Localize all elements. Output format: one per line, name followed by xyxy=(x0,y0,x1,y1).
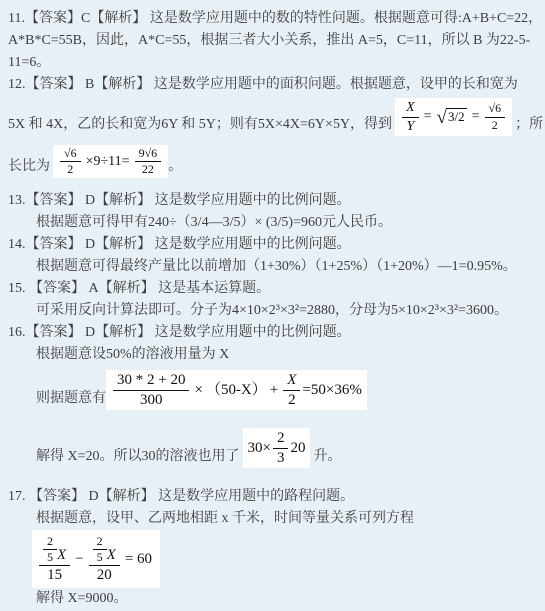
q12-line-3-tail: 。 xyxy=(168,156,182,178)
fraction-2-over-5: 2 5 xyxy=(93,535,107,564)
q14-line-2: 根据题意可得最终产量比以前增加（1+30%）（1+25%）（1+20%）—1=0… xyxy=(36,256,545,278)
q13-line-1: 13.【答案】 D【解析】 这是数学应用题中的比例问题。 xyxy=(8,190,545,212)
fraction-2-5x-over-15: 2 5 X 15 xyxy=(39,535,70,584)
document: 11.【答案】C【解析】 这是数学应用题中的数的特性问题。根据题意可得:A+B+… xyxy=(0,0,545,610)
formula-perimeter-ratio: √6 2 ×9÷11= 9√6 22 xyxy=(53,145,168,178)
fraction-2-over-3: 2 3 xyxy=(273,430,289,466)
q14-line-1: 14.【答案】 D【解析】 这是数学应用题中的比例问题。 xyxy=(8,234,545,256)
q11-line-2: A*B*C=55B，因此，A*C=55，根据三者大小关系，推出 A=5，C=11… xyxy=(8,30,545,52)
q16-line-1: 16.【答案】 D【解析】 这是数学应用题中的比例问题。 xyxy=(8,322,545,344)
q15-line-1: 15. 【答案】 A【解析】 这是基本运算题。 xyxy=(8,278,545,300)
q12-line-2: 5X 和 4X，乙的长和宽为6Y 和 5Y；则有5X×4X=6Y×5Y，得到 X… xyxy=(8,96,545,136)
formula-solution-mix: 30 * 2 + 20 300 × （50-X） + X 2 =50×36% xyxy=(106,370,367,410)
q16-equation-row: 则据题意有 30 * 2 + 20 300 × （50-X） + X 2 =50… xyxy=(36,366,545,410)
q16-line-4-text: 解得 X=20。所以30的溶液也用了 xyxy=(36,446,240,468)
q16-line-4-tail: 升。 xyxy=(313,446,341,468)
fraction-sqrt6-over-2: √6 2 xyxy=(60,147,81,176)
formula-xy-ratio: X Y = √ 3/2 = √6 2 xyxy=(395,98,512,136)
fraction-30x2plus20-over-300: 30 * 2 + 20 300 xyxy=(113,372,189,408)
q12-line-1: 12.【答案】 B【解析】 这是数学应用题中的面积问题。根据题意，设甲的长和宽为 xyxy=(8,74,545,96)
q15-line-2: 可采用反向计算法即可。分子为4×10×2³×3²=2880，分母为5×10×2³… xyxy=(36,300,545,322)
formula-30-times-2-3: 30× 2 3 20 xyxy=(243,428,311,468)
fraction-2-5x-over-20: 2 5 X 20 xyxy=(89,535,120,584)
fraction-2-over-5: 2 5 xyxy=(43,535,57,564)
fraction-x-over-y: X Y xyxy=(402,100,419,134)
q17-line-4: 解得 X=9000。 xyxy=(36,588,545,610)
q12-line-2-text: 5X 和 4X，乙的长和宽为6Y 和 5Y；则有5X×4X=6Y×5Y，得到 xyxy=(8,114,392,136)
formula-distance-equation: 2 5 X 15 − 2 5 X 20 = 60 xyxy=(32,530,160,588)
q12-line-3-text: 长比为 xyxy=(8,156,50,178)
q17-line-1: 17. 【答案】 D【解析】 这是数学应用题中的路程问题。 xyxy=(8,486,545,508)
fraction-x-over-2: X 2 xyxy=(283,372,300,408)
fraction-9sqrt6-over-22: 9√6 22 xyxy=(135,147,162,176)
square-root: √ 3/2 xyxy=(437,108,467,127)
q16-line-3-text: 则据题意有 xyxy=(36,388,106,410)
q16-line-2: 根据题意设50%的溶液用量为 X xyxy=(36,344,545,366)
q11-line-1: 11.【答案】C【解析】 这是数学应用题中的数的特性问题。根据题意可得:A+B+… xyxy=(8,8,545,30)
q11-line-3: 11=6。 xyxy=(8,52,545,74)
q13-line-2: 根据题意可得甲有240÷（3/4—3/5）× (3/5)=960元人民币。 xyxy=(36,212,545,234)
q12-line-2-tail: ；所以周 xyxy=(515,114,545,136)
fraction-sqrt6-over-2: √6 2 xyxy=(485,102,506,131)
q12-line-3: 长比为 √6 2 ×9÷11= 9√6 22 。 xyxy=(8,154,545,178)
q17-line-2: 根据题意，设甲、乙两地相距 x 千米，时间等量关系可列方程 xyxy=(36,508,545,530)
q16-result-row: 解得 X=20。所以30的溶液也用了 30× 2 3 20 升。 xyxy=(36,428,545,468)
